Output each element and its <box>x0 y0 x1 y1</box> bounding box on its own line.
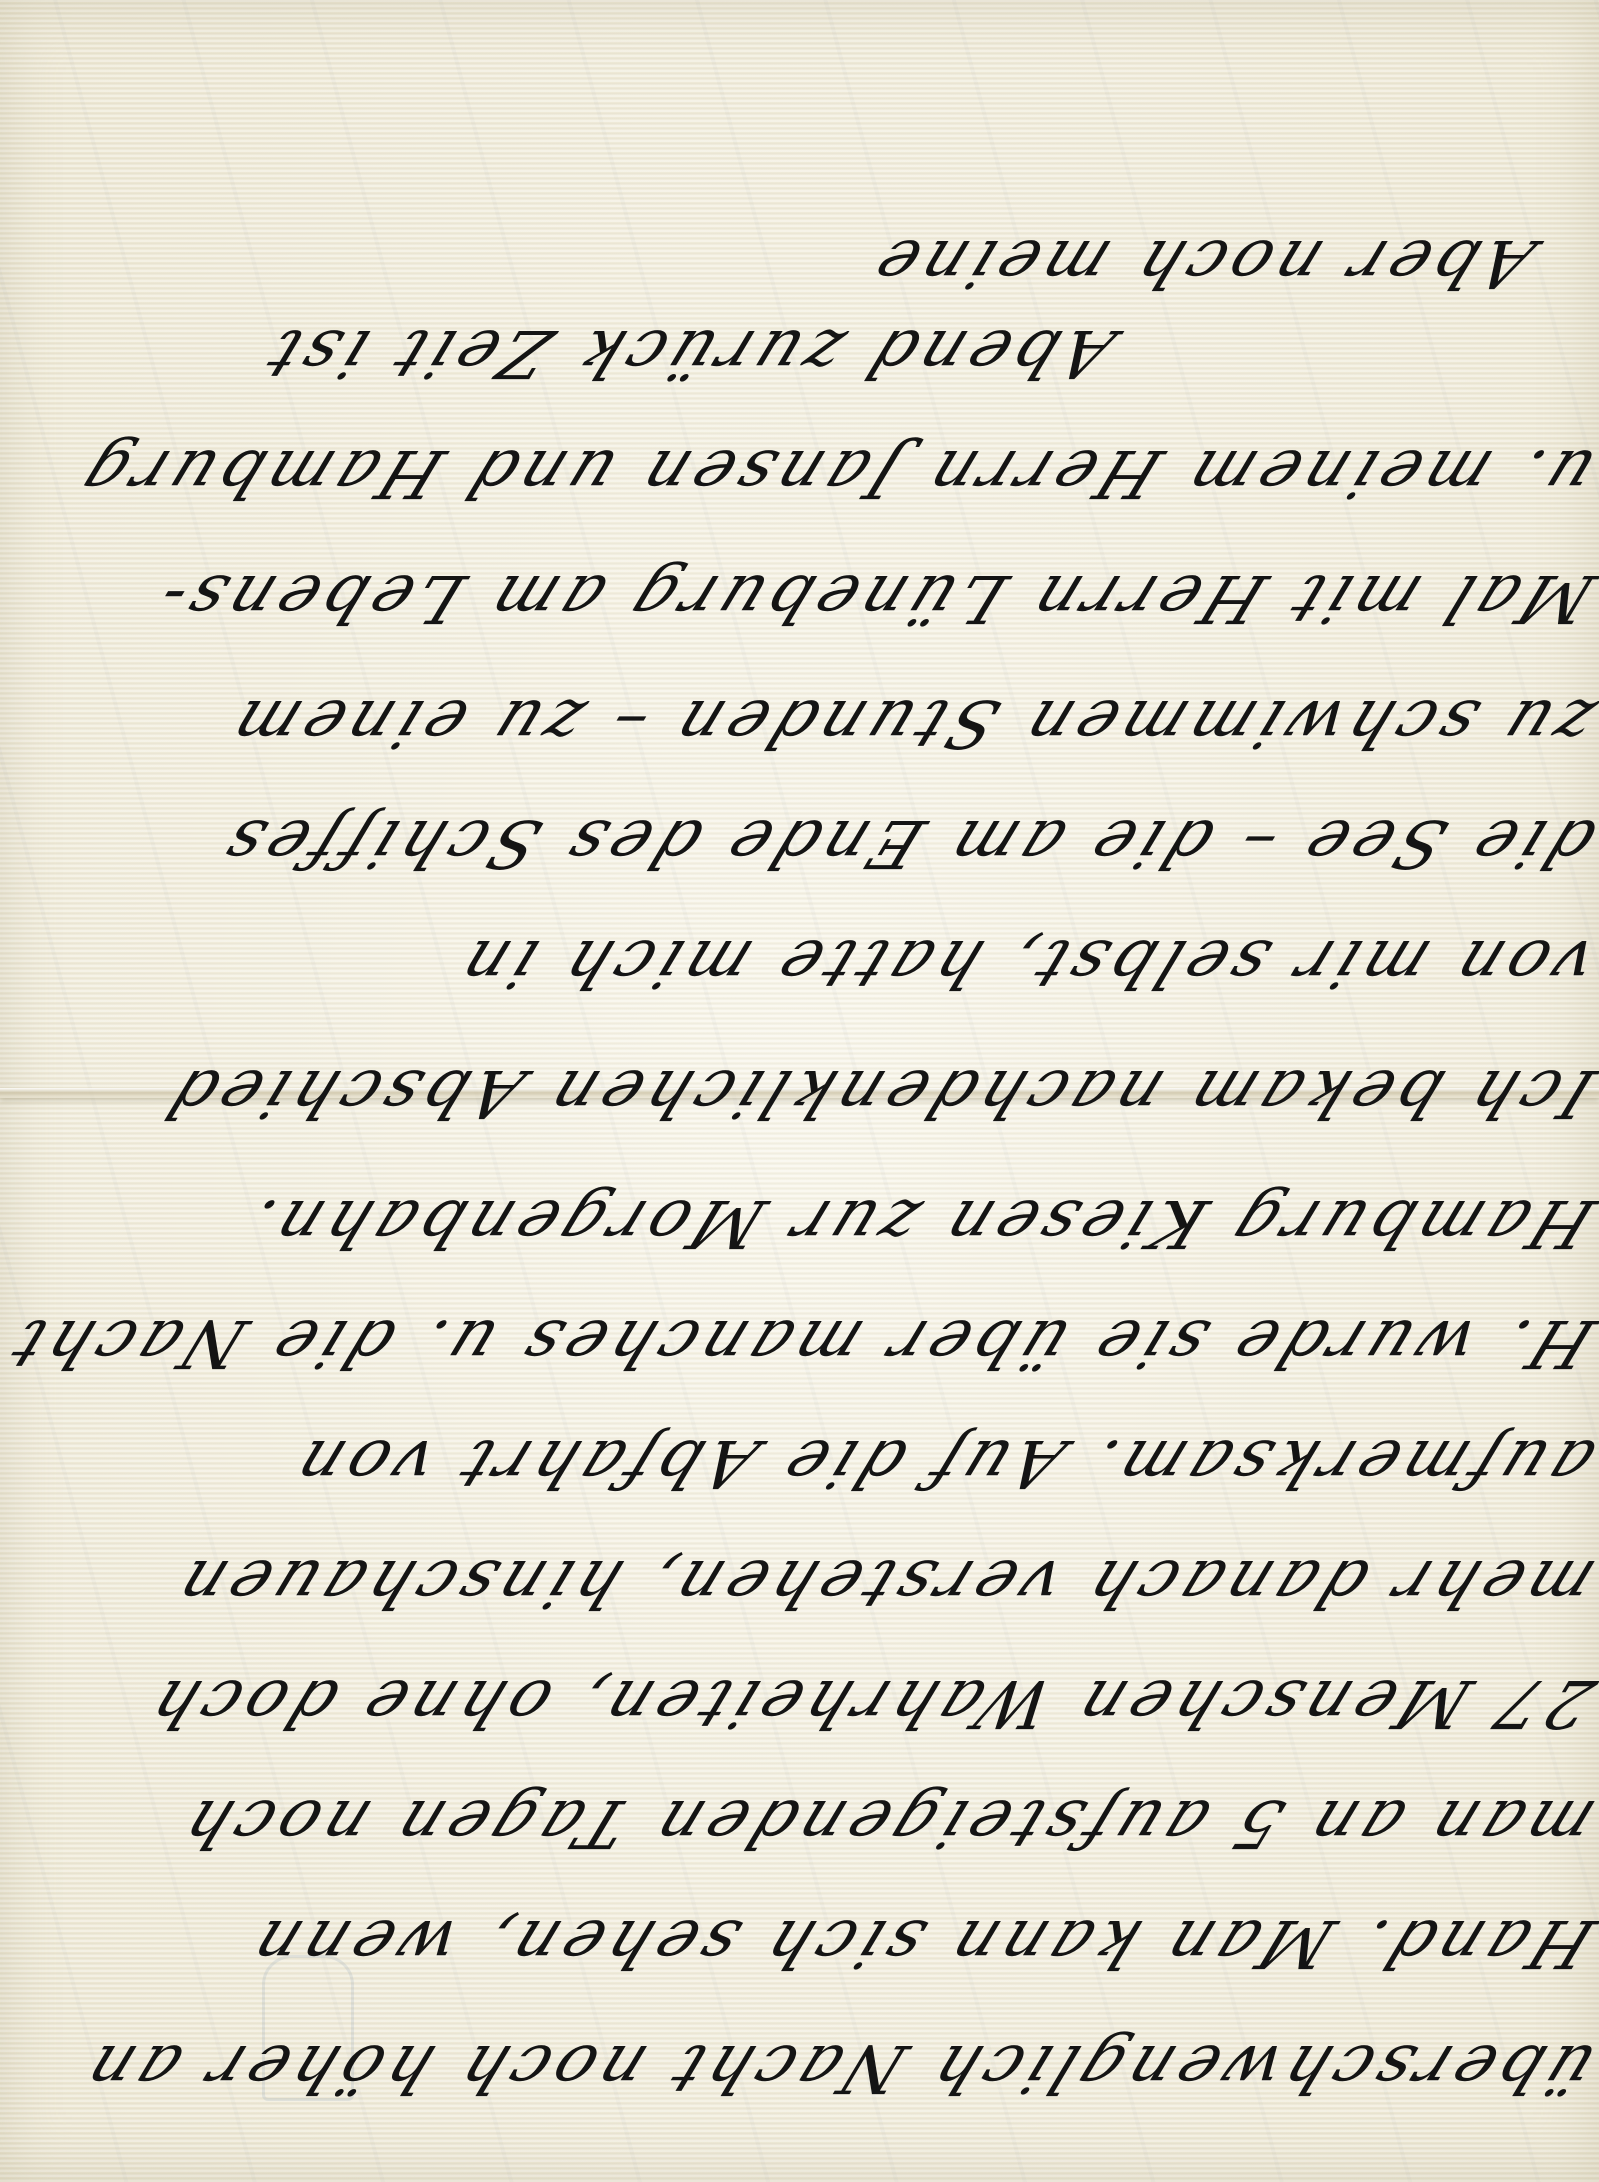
handwritten-line: 27 Menschen Wahrheiten, ohne doch <box>0 1622 1599 1742</box>
handwritten-text-block: überschwenglich Nacht noch höher an Hand… <box>0 0 1599 2182</box>
handwritten-line: die See – die am Ende des Schiffes <box>0 762 1599 882</box>
handwritten-line: aufmerksam. Auf die Abfahrt von <box>0 1382 1599 1502</box>
handwritten-line: mehr danach verstehen, hinschauen <box>0 1502 1599 1622</box>
handwritten-line: H. wurde sie über manches u. die Nacht <box>0 1262 1599 1382</box>
handwritten-line: überschwenglich Nacht noch höher an <box>0 1987 1599 2107</box>
handwritten-line: Aber noch meine <box>0 182 1599 302</box>
letter-page: überschwenglich Nacht noch höher an Hand… <box>0 0 1599 2182</box>
handwritten-line: von mir selbst, hatte mich in <box>0 882 1599 1002</box>
handwritten-line: Hand. Man kann sich sehen, wenn <box>0 1862 1599 1982</box>
handwritten-line: u. meinem Herrn Jansen und Hamburg <box>0 392 1599 512</box>
handwritten-line: zu schwimmen Stunden – zu einem <box>0 642 1599 762</box>
handwritten-line: Mal mit Herrn Lüneburg am Lebens- <box>0 517 1599 637</box>
handwritten-line: man an 5 aufsteigenden Tagen noch <box>0 1742 1599 1862</box>
handwritten-line: Hamburg Kiesen zur Morgenbahn. <box>0 1142 1599 1262</box>
handwritten-line: Ich bekam nachdenklichen Abschied <box>0 1012 1599 1132</box>
